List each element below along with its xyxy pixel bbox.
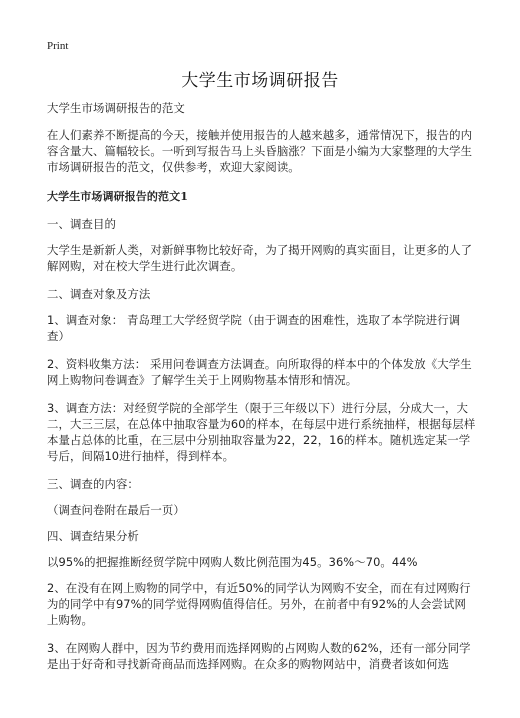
paragraph-purpose: 大学生是新新人类，对新鲜事物比较好奇，为了揭开网购的真实面目，让更多的人了解网购… [47,242,477,274]
heading-results: 四、调查结果分析 [47,528,477,544]
paragraph-survey-note: （调查问卷附在最后一页） [47,502,477,518]
intro-paragraph: 在人们素养不断提高的今天，接触并使用报告的人越来越多，通常情况下，报告的内容含量… [47,127,477,175]
heading-purpose: 一、调查目的 [47,216,477,232]
heading-survey-content: 三、调查的内容： [47,476,477,492]
page-title: 大学生市场调研报告 [0,66,520,91]
paragraph-subjects: 1、调查对象： 青岛理工大学经贸学院（由于调查的困难性，选取了本学院进行调查） [47,312,477,344]
paragraph-result-3: 3、在网购人群中，因为节约费用而选择网购的占网购人数的62%，还有一部分同学是出… [47,640,477,672]
paragraph-result-2: 2、在没有在网上购物的同学中，有近50%的同学认为网购不安全，而在有过网购行为的… [47,580,477,628]
paragraph-result-1: 以95%的把握推断经贸学院中网购人数比例范围为45。36%～70。44% [47,554,477,570]
heading-subjects-methods: 二、调查对象及方法 [47,286,477,302]
subtitle: 大学生市场调研报告的范文 [47,100,477,116]
paragraph-survey-method: 3、调查方法：对经贸学院的全部学生（限于三年级以下）进行分层，分成大一，大二，大… [47,400,477,464]
section-heading: 大学生市场调研报告的范文1 [47,189,477,205]
paragraph-data-collection: 2、资料收集方法： 采用问卷调查方法调查。向所取得的样本中的个体发放《大学生网上… [47,356,477,388]
print-label: Print [47,40,68,52]
